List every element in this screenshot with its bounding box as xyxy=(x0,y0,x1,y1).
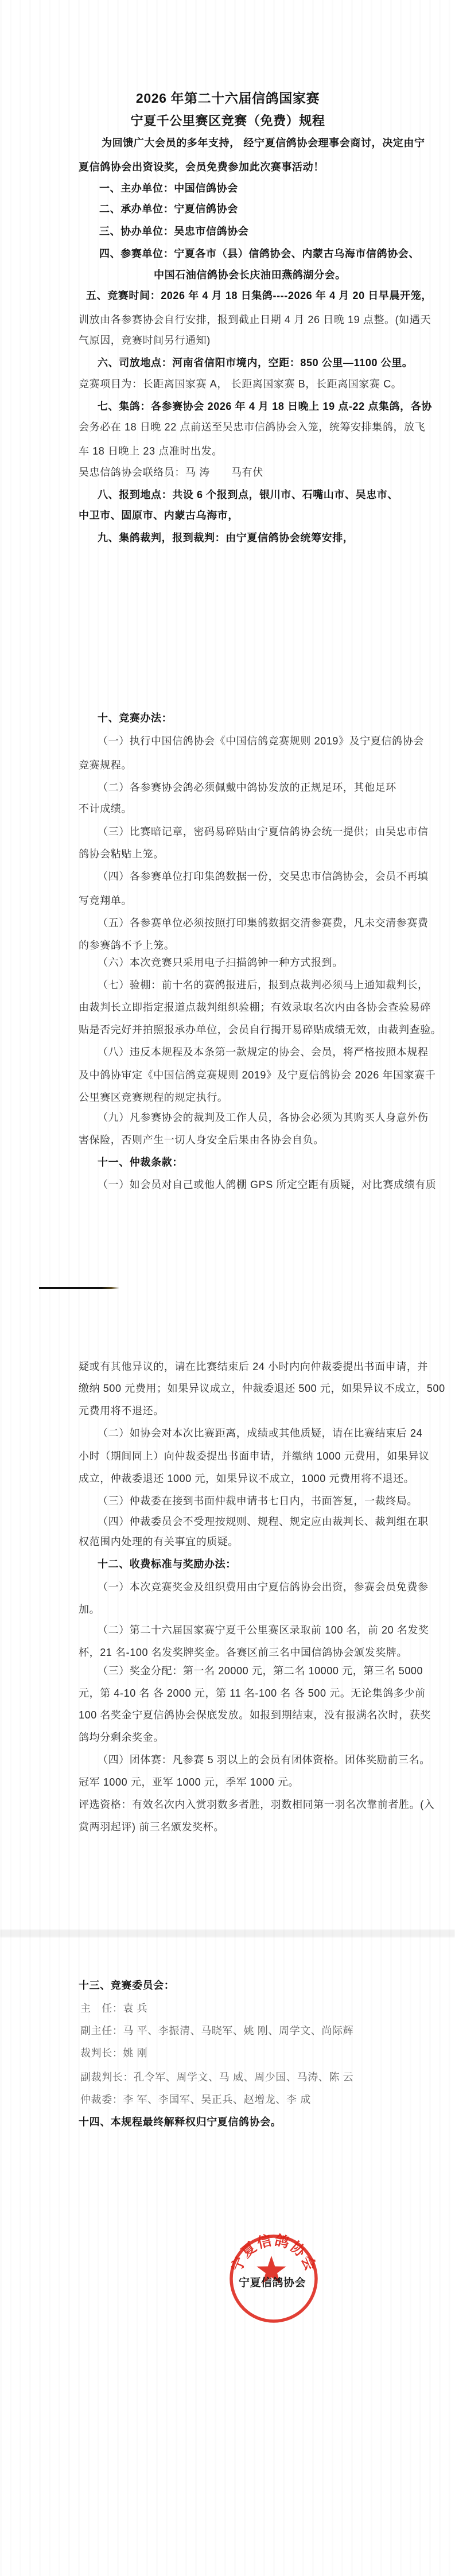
text-line: 中卫市、固原市、内蒙古乌海市， xyxy=(79,509,239,522)
text-line: 十三、竞赛委员会： xyxy=(79,1979,174,1992)
text-line: （五）各参赛单位必须按照打印集鸽数据交清参赛费，凡未交清参赛费 xyxy=(98,917,429,930)
text-line: （九）凡参赛协会的裁判及工作人员，各协会必须为其购买人身意外伤 xyxy=(98,1111,429,1124)
text-line: 吴忠信鸽协会联络员：马 涛 马有伏 xyxy=(79,466,263,479)
text-line: 会务必在 18 日晚 22 点前送至吴忠市信鸽协会入笼，统筹安排集鸽，放飞 xyxy=(79,421,425,434)
text-line: 害保险，否则产生一切人身安全后果由各协会自负。 xyxy=(79,1134,324,1147)
text-line: （四）团体赛：凡参赛 5 羽以上的会员有团体资格。团体奖励前三名。 xyxy=(98,1753,430,1767)
text-line: 由裁判长立即指定报道点裁判组织验棚；有效录取名次内由各协会查验易碎 xyxy=(79,1001,431,1014)
text-line: 三、协办单位：吴忠市信鸽协会 xyxy=(99,225,248,238)
text-line: 权范围内处理的有关事宜的质疑。 xyxy=(79,1535,239,1549)
text-line: 元，第 4-10 名 各 2000 元，第 11 名-100 名 各 500 元… xyxy=(79,1687,426,1700)
text-line: 公里赛区竞赛规程的规定执行。 xyxy=(79,1091,228,1104)
text-line: 仲裁委：李 军、李国军、吴正兵、赵增龙、李 成 xyxy=(80,2093,311,2106)
text-line: 及中鸽协审定《中国信鸽竞赛规则 2019》及宁夏信鸽协会 2026 年国家赛千 xyxy=(79,1069,436,1082)
text-line: （三）比赛暗记章，密码易碎贴由宁夏信鸽协会统一提供；由吴忠市信 xyxy=(98,825,429,839)
text-line: 夏信鸽协会出资设奖，会员免费参加此次赛事活动！ xyxy=(79,161,324,174)
text-line: 的参赛鸽不予上笼。 xyxy=(79,939,174,952)
text-line: 冠军 1000 元，亚军 1000 元，季军 1000 元。 xyxy=(79,1776,299,1789)
text-line: 裁判长：姚 刚 xyxy=(80,2047,147,2060)
text-line: 十二、收费标准与奖励办法： xyxy=(98,1558,236,1571)
text-line: 宁夏千公里赛区竞赛（免费）规程 xyxy=(33,113,423,130)
text-line: 训放由各参赛协会自行安排，报到截止日期 4 月 26 日晚 19 点整。(如遇天 xyxy=(79,313,431,327)
text-line: 杯，21 名-100 名发奖牌奖金。各赛区前三名中国信鸽协会颁发奖牌。 xyxy=(79,1646,407,1659)
text-line: （一）本次竞赛奖金及组织费用由宁夏信鸽协会出资，参赛会员免费参 xyxy=(98,1581,429,1594)
text-line: 副主任：马 平、李振清、马晓军、姚 刚、周学文、尚际辉 xyxy=(80,2024,353,2038)
text-line: 写竞翔单。 xyxy=(79,894,132,907)
text-line: 中国石油信鸽协会长庆油田燕鸽湖分会。 xyxy=(154,269,346,282)
text-line: （四）仲裁委员会不受理按规则、规程、规定应由裁判长、裁判组在职 xyxy=(98,1515,429,1528)
text-line: 元费用将不退还。 xyxy=(79,1405,164,1418)
text-line: 二、承办单位：宁夏信鸽协会 xyxy=(99,203,238,216)
text-line: 竞赛规程。 xyxy=(79,759,132,772)
text-line: 四、参赛单位：宁夏各市（县）信鸽协会、内蒙古乌海市信鸽协会、 xyxy=(99,247,419,261)
text-line: （七）验棚：前十名的赛鸽报进后，报到点裁判必须马上通知裁判长， xyxy=(98,979,429,992)
text-line: 七、集鸽：各参赛协会 2026 年 4 月 18 日晚上 19 点-22 点集鸽… xyxy=(98,400,432,413)
text-line: （一）执行中国信鸽协会《中国信鸽竞赛规则 2019》及宁夏信鸽协会 xyxy=(98,735,424,748)
text-line: （三）仲裁委在接到书面仲裁申请书七日内，书面答复，一裁终局。 xyxy=(98,1495,418,1508)
text-line: （四）各参赛单位打印集鸽数据一份，交吴忠市信鸽协会，会员不再填 xyxy=(98,870,429,883)
text-line: 为回馈广大会员的多年支持， 经宁夏信鸽协会理事会商讨，决定由宁 xyxy=(102,137,425,150)
text-line: 成立，仲裁委退还 1000 元，如果异议不成立，1000 元费用将不退还。 xyxy=(79,1472,414,1485)
text-line: 评选资格：有效名次内入赏羽数多者胜，羽数相同第一羽名次靠前者胜。(入 xyxy=(79,1798,434,1811)
page-edge-artifact xyxy=(39,1287,119,1289)
text-line: 竞赛项目为：长距离国家赛 A， 长距离国家赛 B，长距离国家赛 C。 xyxy=(79,378,402,391)
association-name-text: 宁夏信鸽协会 xyxy=(239,2274,306,2290)
scan-shadow-band xyxy=(0,1930,455,1937)
text-line: 一、主办单位：中国信鸽协会 xyxy=(99,182,238,195)
text-line: （六）本次竞赛只采用电子扫描鸽钟一种方式报到。 xyxy=(98,956,343,969)
text-line: 赏两羽起评) 前三名颁发奖杯。 xyxy=(79,1821,224,1834)
document-page: 2026 年第二十六届信鸽国家赛宁夏千公里赛区竞赛（免费）规程为回馈广大会员的多… xyxy=(0,0,455,2576)
text-line: 不计成绩。 xyxy=(79,802,132,816)
text-line: 九、集鸽裁判，报到裁判：由宁夏信鸽协会统筹安排， xyxy=(98,532,353,545)
text-line: 主 任：袁 兵 xyxy=(80,2002,147,2015)
text-line: 副裁判长：孔令军、周学文、马 威、周少国、马涛、陈 云 xyxy=(80,2071,353,2084)
text-line: 五、竞赛时间：2026 年 4 月 18 日集鸽----2026 年 4 月 2… xyxy=(86,289,432,302)
text-line: （二）第二十六届国家赛宁夏千公里赛区录取前 100 名，前 20 名发奖 xyxy=(98,1624,429,1637)
text-line: 缴纳 500 元费用；如果异议成立，仲裁委退还 500 元，如果异议不成立，50… xyxy=(79,1382,445,1395)
text-line: 小时（期间同上）向仲裁委提出书面申请，并缴纳 1000 元费用，如果异议 xyxy=(79,1450,430,1463)
text-line: 车 18 日晚上 23 点准时出发。 xyxy=(79,445,223,458)
text-line: 六、司放地点：河南省信阳市境内，空距：850 公里—1100 公里。 xyxy=(98,356,413,370)
text-line: （一）如会员对自己或他人鸽棚 GPS 所定空距有质疑，对比赛成绩有质 xyxy=(98,1178,436,1192)
text-line: 鸽均分剩余奖金。 xyxy=(79,1731,164,1744)
text-line: 100 名奖金宁夏信鸽协会保底发放。如报到期结束，没有报满名次时，获奖 xyxy=(79,1709,431,1722)
text-line: （二）各参赛协会鸽必须佩戴中鸽协发放的正规足环，其他足环 xyxy=(98,781,396,794)
text-line: 气原因，竞赛时间另行通知) xyxy=(79,334,211,347)
text-line: 2026 年第二十六届信鸽国家赛 xyxy=(33,90,423,107)
text-line: 十、竞赛办法： xyxy=(98,712,172,725)
text-line: 十四、本规程最终解释权归宁夏信鸽协会。 xyxy=(79,2116,281,2129)
text-line: （二）如协会对本次比赛距离，成绩或其他质疑，请在比赛结束后 24 xyxy=(98,1427,422,1440)
text-line: 贴是否完好并拍照报承办单位，会员自行揭开易碎贴成绩无效，由裁判查验。 xyxy=(79,1023,441,1037)
text-line: 加。 xyxy=(79,1603,100,1616)
text-line: 八、报到地点：共设 6 个报到点，银川市、石嘴山市、吴忠市、 xyxy=(98,488,398,502)
text-line: （八）违反本规程及本条第一款规定的协会、会员，将严格按照本规程 xyxy=(98,1046,429,1059)
text-line: （三）奖金分配：第一名 20000 元，第二名 10000 元，第三名 5000 xyxy=(98,1665,423,1678)
text-line: 鸽协会粘贴上笼。 xyxy=(79,848,164,861)
text-line: 十一、仲裁条款： xyxy=(98,1156,183,1169)
text-line: 疑或有其他异议的，请在比赛结束后 24 小时内向仲裁委提出书面申请，并 xyxy=(79,1360,428,1374)
